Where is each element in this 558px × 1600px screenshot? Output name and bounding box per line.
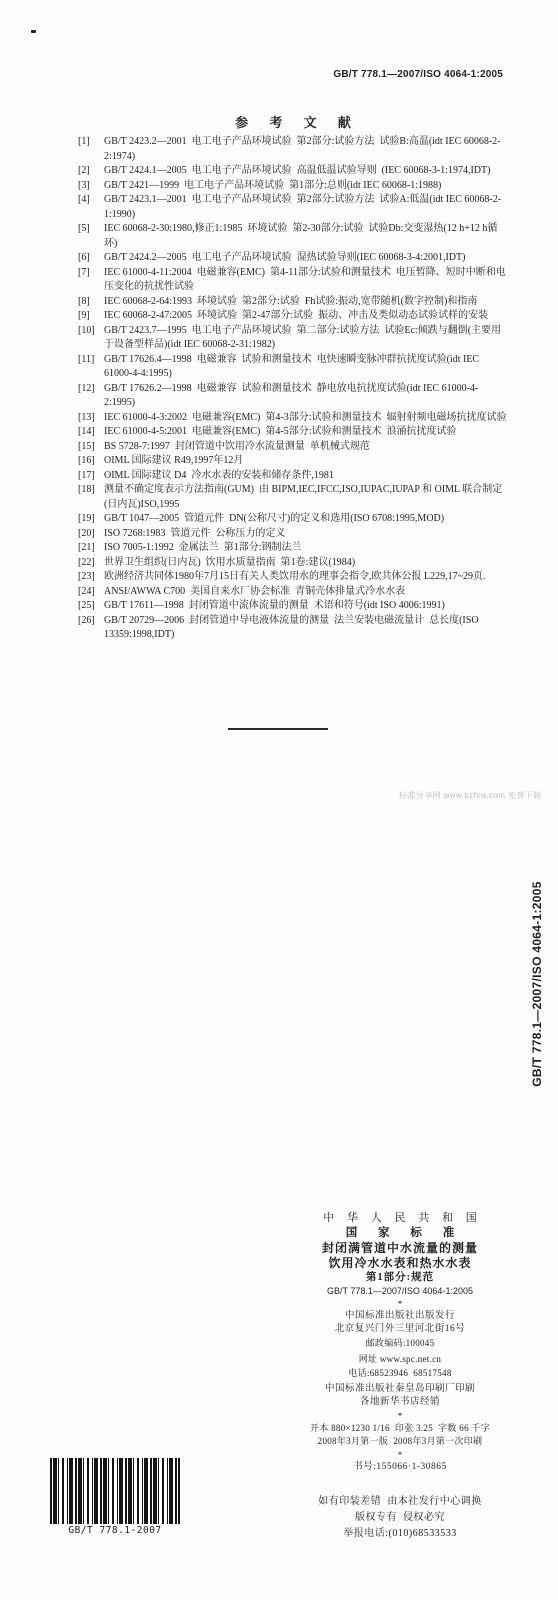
colophon-notice-copyright: 版权专有 侵权必究 <box>248 1510 552 1526</box>
colophon-postcode: 邮政编码:100045 <box>248 1337 552 1350</box>
colophon-edition: 2008年3月第一版 2008年3月第一次印刷 <box>248 1435 552 1448</box>
reference-text: GB/T 2424.2—2005 电工电子产品环境试验 湿热试验导则(IEC 6… <box>104 251 508 266</box>
reference-number: [9] <box>78 309 104 324</box>
colophon-address: 北京复兴门外三里河北街16号 <box>248 1323 552 1336</box>
reference-item: [13] IEC 61000-4-3:2002 电磁兼容(EMC) 第4-3部分… <box>78 411 508 426</box>
reference-item: [21] ISO 7005-1:1992 金属法兰 第1部分:钢制法兰 <box>78 541 508 556</box>
reference-text: IEC 61000-4-3:2002 电磁兼容(EMC) 第4-3部分:试验和测… <box>104 411 508 426</box>
scanned-standard-page: GB/T 778.1—2007/ISO 4064-1:2005 参 考 文 献 … <box>0 0 558 1600</box>
reference-item: [3] GB/T 2421—1999 电工电子产品环境试验 第1部分:总则(id… <box>78 179 508 194</box>
reference-text: IEC 61000-4-5:2001 电磁兼容(EMC) 第4-5部分:试验和测… <box>104 425 508 440</box>
reference-item: [6] GB/T 2424.2—2005 电工电子产品环境试验 湿热试验导则(I… <box>78 251 508 266</box>
reference-text: BS 5728-7:1997 封闭管道中饮用冷水流量测量 单机械式规范 <box>104 440 508 455</box>
reference-number: [13] <box>78 411 104 426</box>
colophon-title-line2: 饮用冷水水表和热水水表 <box>248 1256 552 1271</box>
reference-item: [1] GB/T 2423.2—2001 电工电子产品环境试验 第2部分:试验方… <box>78 135 508 164</box>
reference-text: IEC 60068-2-64:1993 环境试验 第2部分:试验 Fh试验:振动… <box>104 295 508 310</box>
colophon-distributor: 各地新华书店经销 <box>248 1396 552 1409</box>
reference-text: IEC 60068-2-47:2005 环境试验 第2-47部分:试验 振动、冲… <box>104 309 508 324</box>
reference-text: GB/T 17626.2—1998 电磁兼容 试验和测量技术 静电放电抗扰度试验… <box>104 382 508 411</box>
reference-text: IEC 60068-2-30:1980,修正1:1985 环境试验 第2-30部… <box>104 222 508 251</box>
reference-number: [1] <box>78 135 104 150</box>
colophon-star-2: * <box>248 1410 552 1422</box>
reference-text: GB/T 20729—2006 封闭管道中导电液体流量的测量 法兰安装电磁流量计… <box>104 614 508 643</box>
reference-text: ISO 7268:1983 管道元件 公称压力的定义 <box>104 527 508 542</box>
reference-text: GB/T 17611—1998 封闭管道中流体流量的测量 术语和符号(idt I… <box>104 599 508 614</box>
colophon-block: 中 华 人 民 共 和 国 国 家 标 准 封闭满管道中水流量的测量 饮用冷水水… <box>248 1212 552 1542</box>
reference-number: [3] <box>78 179 104 194</box>
reference-number: [26] <box>78 614 104 629</box>
reference-number: [16] <box>78 454 104 469</box>
colophon-part: 第1部分:规范 <box>248 1271 552 1285</box>
page-header-standard-code: GB/T 778.1—2007/ISO 4064-1:2005 <box>0 69 503 80</box>
reference-number: [23] <box>78 570 104 585</box>
reference-number: [25] <box>78 599 104 614</box>
reference-text: 测量不确定度表示方法指南(GUM) 由 BIPM,IEC,IFCC,ISO,IU… <box>104 483 508 512</box>
reference-text: GB/T 17626.4—1998 电磁兼容 试验和测量技术 电快速瞬变脉冲群抗… <box>104 353 508 382</box>
colophon-printer: 中国标准出版社秦皇岛印刷厂印刷 <box>248 1383 552 1396</box>
reference-item: [11] GB/T 17626.4—1998 电磁兼容 试验和测量技术 电快速瞬… <box>78 353 508 382</box>
colophon-publisher: 中国标准出版社出版发行 <box>248 1310 552 1323</box>
colophon-phone: 电话:68523946 68517548 <box>248 1367 552 1380</box>
reference-item: [15] BS 5728-7:1997 封闭管道中饮用冷水流量测量 单机械式规范 <box>78 440 508 455</box>
reference-number: [17] <box>78 469 104 484</box>
reference-item: [10] GB/T 2423.7—1995 电工电子产品环境试验 第二部分:试验… <box>78 324 508 353</box>
barcode-label: GB/T 778.1-2007 <box>50 1525 180 1536</box>
reference-number: [7] <box>78 266 104 281</box>
colophon-title-line1: 封闭满管道中水流量的测量 <box>248 1241 552 1256</box>
reference-item: [5] IEC 60068-2-30:1980,修正1:1985 环境试验 第2… <box>78 222 508 251</box>
reference-text: GB/T 2423.2—2001 电工电子产品环境试验 第2部分:试验方法 试验… <box>104 135 508 164</box>
barcode-block: GB/T 778.1-2007 <box>50 1458 180 1536</box>
references-title: 参 考 文 献 <box>80 112 506 131</box>
colophon-country: 中 华 人 民 共 和 国 <box>248 1212 552 1225</box>
reference-text: GB/T 2421—1999 电工电子产品环境试验 第1部分:总则(idt IE… <box>104 179 508 194</box>
reference-text: IEC 61000-4-11:2004 电磁兼容(EMC) 第4-11部分:试验… <box>104 266 508 295</box>
colophon-star-1: * <box>248 1298 552 1310</box>
reference-number: [4] <box>78 193 104 208</box>
reference-text: OIML 国际建议 D4 冷水水表的安装和储存条件,1981 <box>104 469 508 484</box>
reference-number: [8] <box>78 295 104 310</box>
reference-text: GB/T 2423.7—1995 电工电子产品环境试验 第二部分:试验方法 试验… <box>104 324 508 353</box>
reference-item: [2] GB/T 2424.1—2005 电工电子产品环境试验 高温低温试验导则… <box>78 164 508 179</box>
reference-number: [24] <box>78 585 104 600</box>
reference-number: [22] <box>78 556 104 571</box>
reference-item: [26] GB/T 20729—2006 封闭管道中导电液体流量的测量 法兰安装… <box>78 614 508 643</box>
reference-item: [18] 测量不确定度表示方法指南(GUM) 由 BIPM,IEC,IFCC,I… <box>78 483 508 512</box>
end-divider-rule <box>228 728 328 730</box>
reference-item: [9] IEC 60068-2-47:2005 环境试验 第2-47部分:试验 … <box>78 309 508 324</box>
reference-text: GB/T 2423.1—2001 电工电子产品环境试验 第2部分:试验方法 试验… <box>104 193 508 222</box>
reference-number: [18] <box>78 483 104 498</box>
reference-item: [17] OIML 国际建议 D4 冷水水表的安装和储存条件,1981 <box>78 469 508 484</box>
reference-number: [20] <box>78 527 104 542</box>
reference-item: [16] OIML 国际建议 R49,1997年12月 <box>78 454 508 469</box>
reference-text: ISO 7005-1:1992 金属法兰 第1部分:钢制法兰 <box>104 541 508 556</box>
reference-text: 欧洲经济共同体1980年7月15日有关人类饮用水的理事会指令,欧共体公报 L22… <box>104 570 508 585</box>
reference-item: [25] GB/T 17611—1998 封闭管道中流体流量的测量 术语和符号(… <box>78 599 508 614</box>
colophon-format: 开本 880×1230 1/16 印张 3.25 字数 66 千字 <box>248 1422 552 1435</box>
barcode-image <box>50 1458 180 1524</box>
reference-item: [12] GB/T 17626.2—1998 电磁兼容 试验和测量技术 静电放电… <box>78 382 508 411</box>
reference-item: [24] ANSI/AWWA C700 美国自来水厂协会标准 青铜壳体排量式冷水… <box>78 585 508 600</box>
reference-item: [23] 欧洲经济共同体1980年7月15日有关人类饮用水的理事会指令,欧共体公… <box>78 570 508 585</box>
colophon-standard-code: GB/T 778.1—2007/ISO 4064-1:2005 <box>248 1285 552 1298</box>
reference-number: [15] <box>78 440 104 455</box>
reference-number: [6] <box>78 251 104 266</box>
reference-item: [14] IEC 61000-4-5:2001 电磁兼容(EMC) 第4-5部分… <box>78 425 508 440</box>
reference-number: [5] <box>78 222 104 237</box>
reference-number: [19] <box>78 512 104 527</box>
colophon-star-3: * <box>248 1449 552 1461</box>
reference-text: GB/T 1047—2005 管道元件 DN(公称尺寸)的定义和选用(ISO 6… <box>104 512 508 527</box>
watermark-text: 标准分享网 www.bzfxw.com 免费下载 <box>399 790 558 801</box>
reference-text: GB/T 2424.1—2005 电工电子产品环境试验 高温低温试验导则 (IE… <box>104 164 508 179</box>
reference-number: [10] <box>78 324 104 339</box>
print-speck <box>31 30 36 33</box>
reference-item: [4] GB/T 2423.1—2001 电工电子产品环境试验 第2部分:试验方… <box>78 193 508 222</box>
reference-number: [12] <box>78 382 104 397</box>
references-list: [1] GB/T 2423.2—2001 电工电子产品环境试验 第2部分:试验方… <box>78 135 508 643</box>
reference-number: [11] <box>78 353 104 368</box>
spine-standard-code: GB/T 778.1—2007/ISO 4064-1:2005 <box>530 849 544 1119</box>
reference-text: 世界卫生组织(日内瓦) 饮用水质量指南 第1卷:建议(1984) <box>104 556 508 571</box>
reference-item: [22] 世界卫生组织(日内瓦) 饮用水质量指南 第1卷:建议(1984) <box>78 556 508 571</box>
colophon-notice-exchange: 如有印装差错 由本社发行中心调换 <box>248 1494 552 1510</box>
reference-item: [19] GB/T 1047—2005 管道元件 DN(公称尺寸)的定义和选用(… <box>78 512 508 527</box>
reference-item: [8] IEC 60068-2-64:1993 环境试验 第2部分:试验 Fh试… <box>78 295 508 310</box>
colophon-book-number: 书号:155066·1-30865 <box>248 1461 552 1474</box>
reference-number: [14] <box>78 425 104 440</box>
reference-number: [2] <box>78 164 104 179</box>
reference-text: OIML 国际建议 R49,1997年12月 <box>104 454 508 469</box>
reference-item: [20] ISO 7268:1983 管道元件 公称压力的定义 <box>78 527 508 542</box>
colophon-website: 网址 www.spc.net.cn <box>248 1353 552 1366</box>
reference-item: [7] IEC 61000-4-11:2004 电磁兼容(EMC) 第4-11部… <box>78 266 508 295</box>
reference-text: ANSI/AWWA C700 美国自来水厂协会标准 青铜壳体排量式冷水水表 <box>104 585 508 600</box>
colophon-report-phone: 举报电话:(010)68533533 <box>248 1526 552 1542</box>
colophon-standard-type: 国 家 标 准 <box>248 1226 552 1241</box>
reference-number: [21] <box>78 541 104 556</box>
